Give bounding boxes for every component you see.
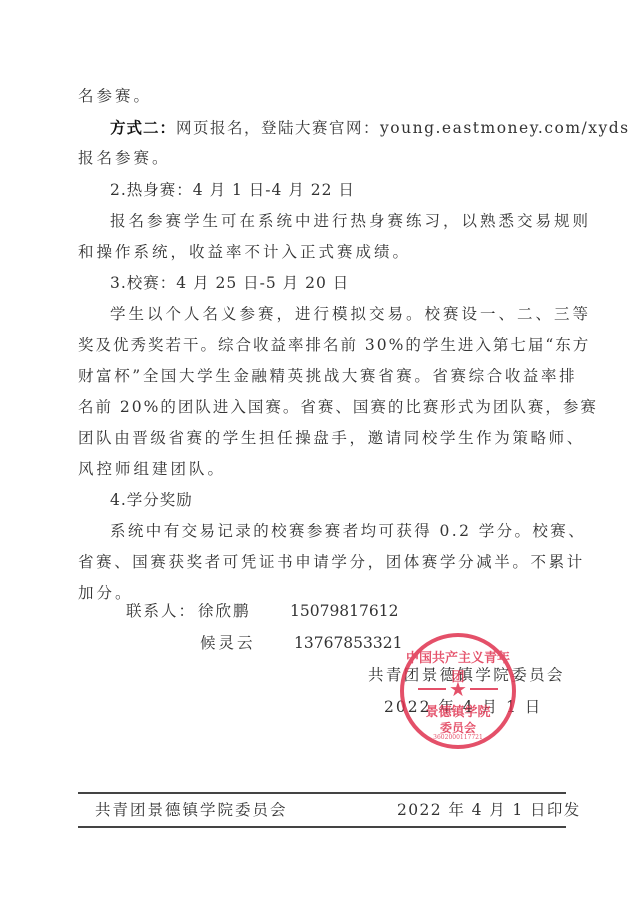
text-line: 财富杯”全国大学生金融精英挑战大赛省赛。省赛综合收益率排 — [78, 366, 577, 386]
text-line: 风控师组建团队。 — [78, 459, 226, 479]
text-line: 报名参赛。 — [78, 148, 171, 168]
footer-issued-date: 2022 年 4 月 1 日印发 — [397, 800, 581, 820]
section-heading-credits: 4.学分奖励 — [110, 490, 193, 510]
seal-middle-text: 景德镇学院 — [404, 701, 512, 720]
text-line: 奖及优秀奖若干。综合收益率排名前 30%的学生进入第七届“东方 — [78, 335, 590, 355]
section-heading-school: 3.校赛：4 月 25 日-5 月 20 日 — [110, 273, 349, 293]
method-two-text: 网页报名，登陆大赛官网：young.eastmoney.com/xyds — [176, 119, 630, 137]
contacts-label: 联系人： — [126, 601, 196, 621]
text-line: 和操作系统，收益率不计入正式赛成绩。 — [78, 242, 411, 262]
text-line: 名前 20%的团队进入国赛。省赛、国赛的比赛形式为团队赛，参赛 — [78, 397, 598, 417]
text-line: 省赛、国赛获奖者可凭证书申请学分，团体赛学分减半。不累计 — [78, 552, 585, 572]
contact-phone: 15079817612 — [290, 601, 398, 621]
text-line: 系统中有交易记录的校赛参赛者均可获得 0.2 学分。校赛、 — [110, 521, 586, 541]
contact-name: 徐欣鹏 — [198, 601, 251, 621]
text-line: 团队由晋级省赛的学生担任操盘手，邀请同校学生作为策略师、 — [78, 428, 585, 448]
text-line: 名参赛。 — [78, 86, 152, 106]
section-heading-warmup: 2.热身赛：4 月 1 日-4 月 22 日 — [110, 180, 355, 200]
contact-phone: 13767853321 — [294, 633, 402, 653]
footer-top-rule — [78, 792, 566, 794]
method-two-line: 方式二：网页报名，登陆大赛官网：young.eastmoney.com/xyds — [110, 118, 630, 138]
seal-code: 3602000117721 — [404, 734, 512, 741]
footer-org: 共青团景德镇学院委员会 — [95, 800, 288, 820]
text-line: 报名参赛学生可在系统中进行热身赛练习，以熟悉交易规则 — [110, 211, 591, 231]
footer-bottom-rule — [78, 826, 566, 828]
method-two-label: 方式二： — [110, 119, 176, 137]
official-seal: 中国共产主义青年团 ★ 景德镇学院 委员会 3602000117721 — [400, 633, 516, 749]
seal-divider — [470, 688, 498, 690]
text-line: 加分。 — [78, 583, 134, 603]
contact-name: 候灵云 — [200, 633, 256, 653]
text-line: 学生以个人名义参赛，进行模拟交易。校赛设一、二、三等 — [110, 304, 591, 324]
